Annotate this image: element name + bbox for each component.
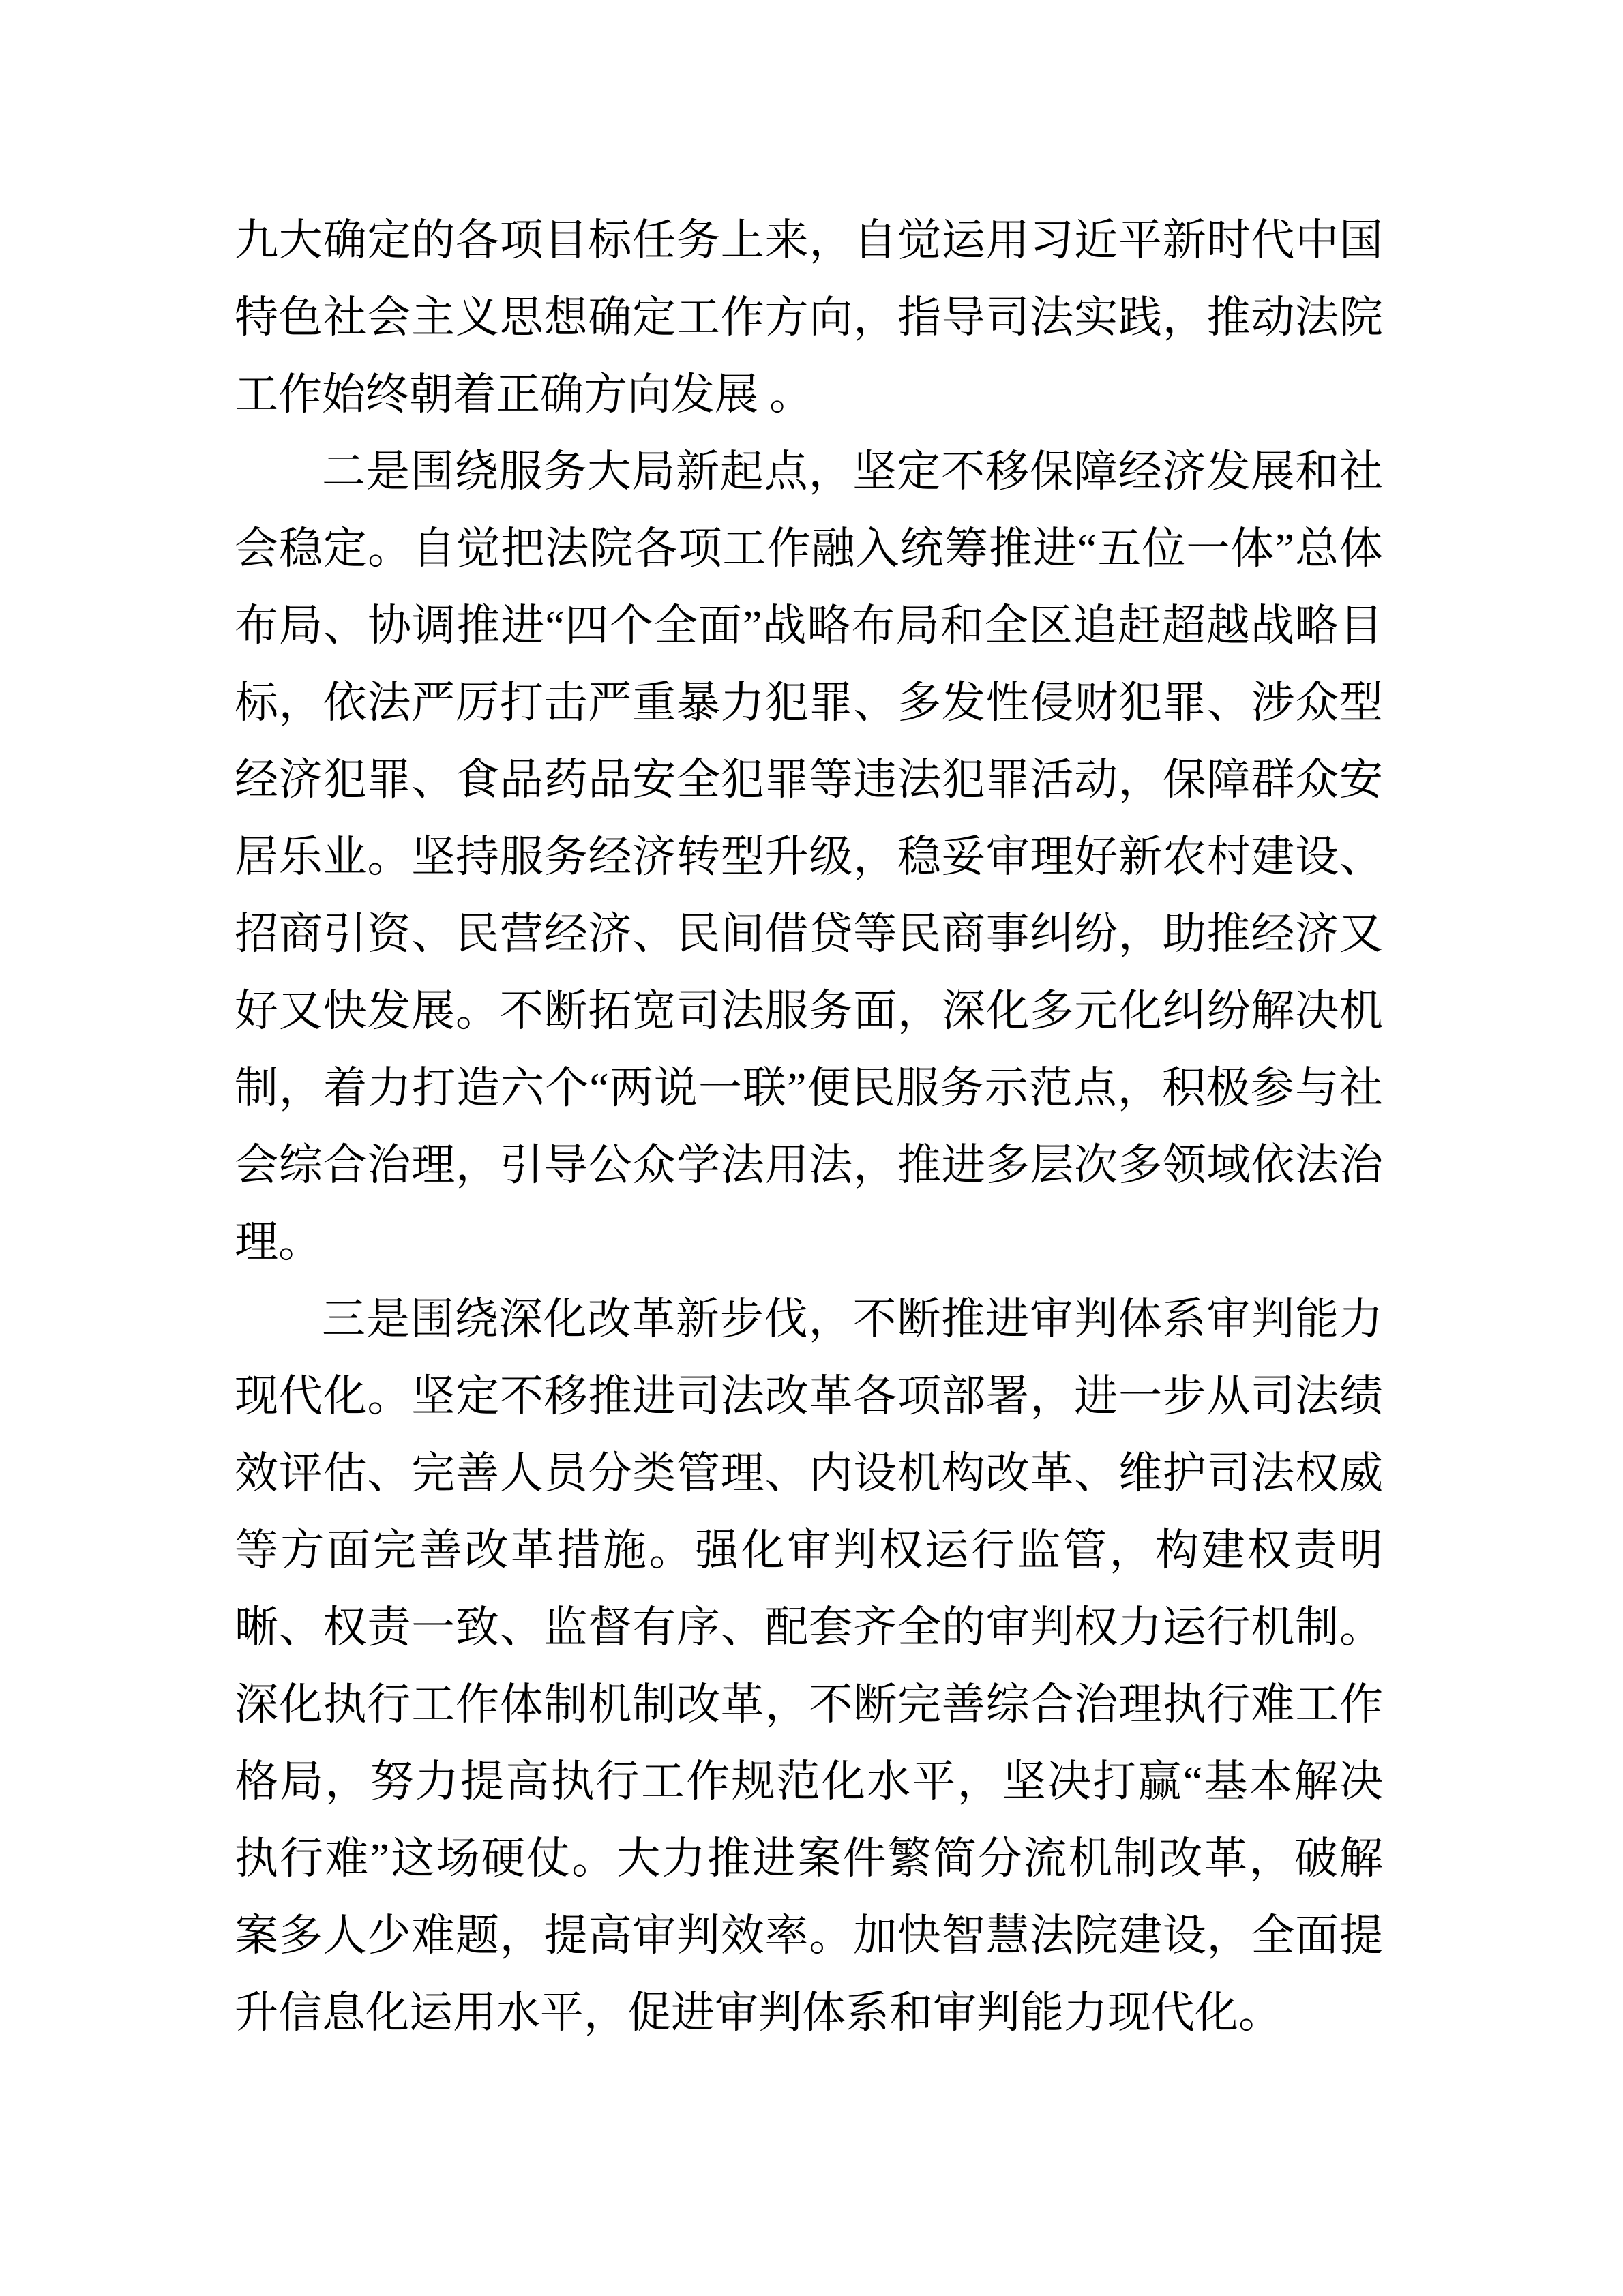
- document-text-block: 九大确定的各项目标任务上来，自觉运用习近平新时代中国特色社会主义思想确定工作方向…: [235, 202, 1383, 2051]
- paragraph-continuation: 九大确定的各项目标任务上来，自觉运用习近平新时代中国特色社会主义思想确定工作方向…: [235, 202, 1383, 433]
- paragraph-item-two: 二是围绕服务大局新起点，坚定不移保障经济发展和社会稳定。自觉把法院各项工作融入统…: [235, 433, 1383, 1281]
- paragraph-item-three: 三是围绕深化改革新步伐，不断推进审判体系审判能力现代化。坚定不移推进司法改革各项…: [235, 1281, 1383, 2051]
- document-page: 九大确定的各项目标任务上来，自觉运用习近平新时代中国特色社会主义思想确定工作方向…: [0, 0, 1623, 2296]
